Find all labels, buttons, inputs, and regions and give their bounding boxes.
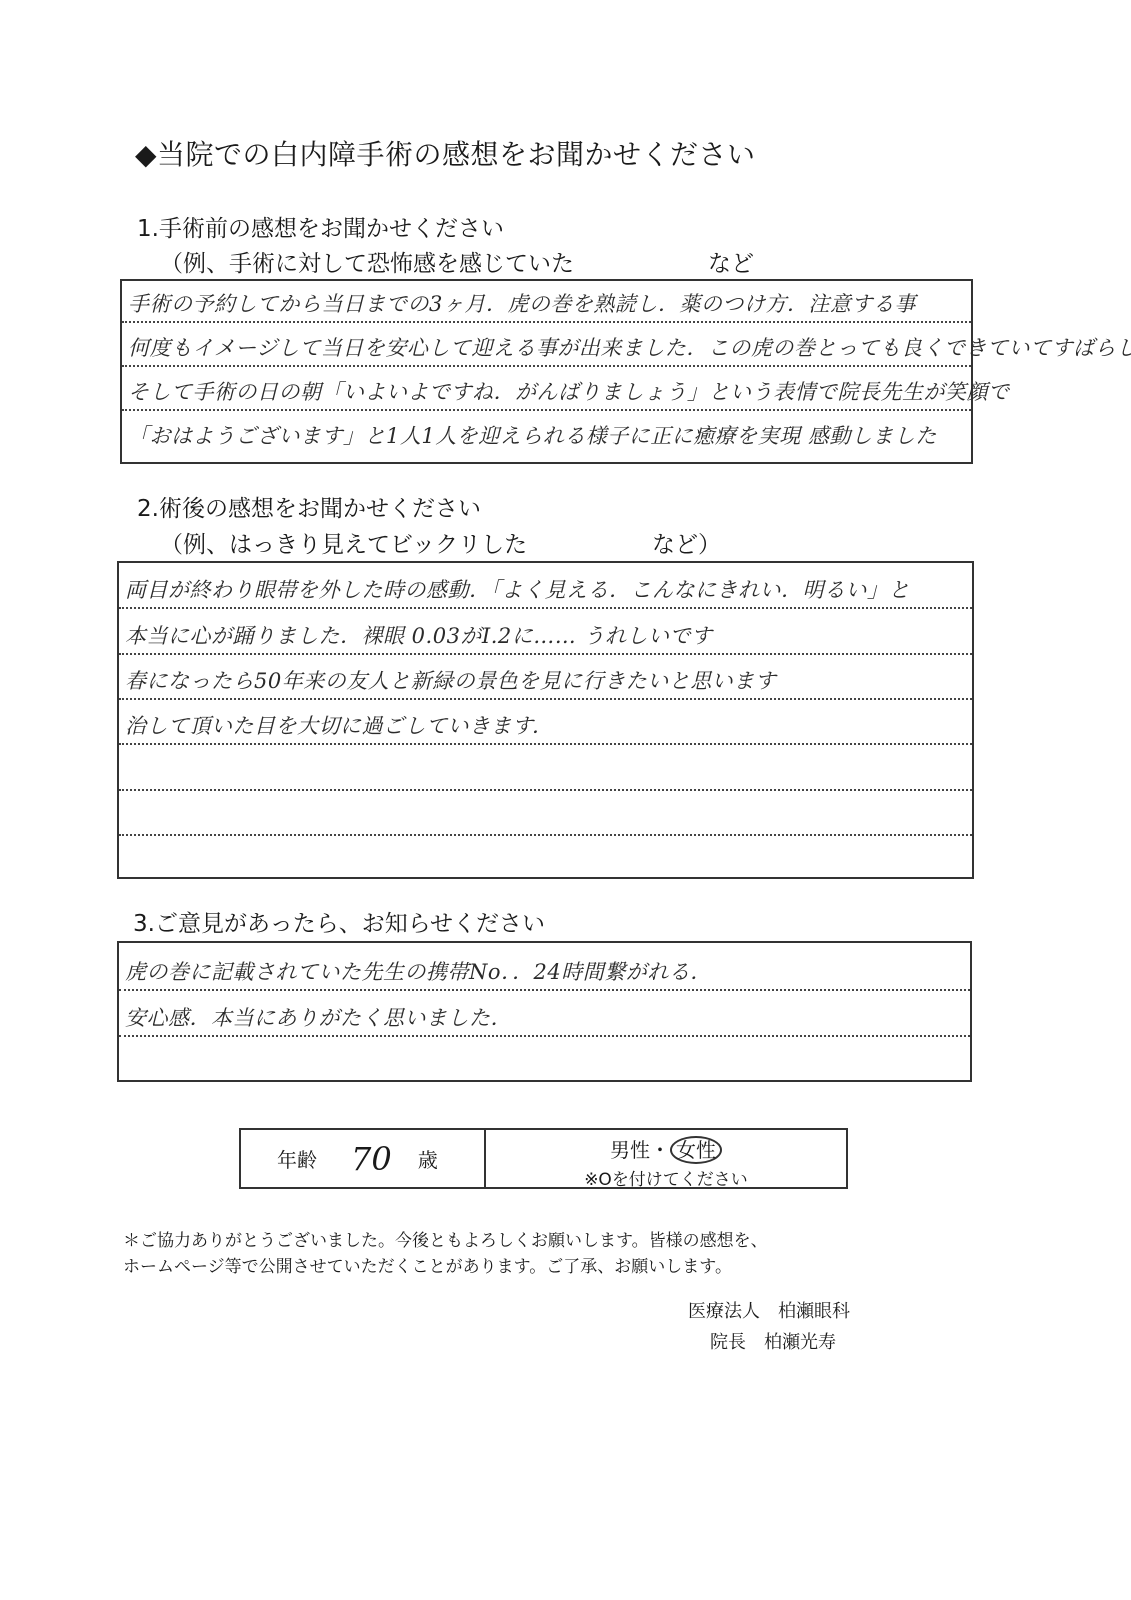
section-2-example-suffix: など） xyxy=(652,526,721,559)
section-1-heading: 1.手術前の感想をお聞かせください xyxy=(137,210,504,243)
section-2-example: （例、はっきり見えてビックリした xyxy=(160,526,527,559)
answer-line[interactable]: 手術の予約してから当日までの3ヶ月．虎の巻を熟読し．薬のつけ方．注意する事 xyxy=(122,287,971,323)
answer-line[interactable]: 春になったら50年来の友人と新緑の景色を見に行きたいと思います xyxy=(119,664,972,700)
section-1-answer-box[interactable]: 手術の予約してから当日までの3ヶ月．虎の巻を熟読し．薬のつけ方．注意する事 何度… xyxy=(120,279,973,464)
section-2-answer-box[interactable]: 両目が終わり眼帯を外した時の感動．「よく見える．こんなにきれい．明るい」と 本当… xyxy=(117,561,974,879)
sex-separator: ・ xyxy=(650,1138,670,1162)
sex-option-female-selected[interactable]: 女性 xyxy=(670,1136,722,1164)
section-3-answer-box[interactable]: 虎の巻に記載されていた先生の携帯No．．24時間繋がれる． 安心感．本当にありが… xyxy=(117,941,972,1082)
footer-line-2: ホームページ等で公開させていただくことがあります。ご了承、お願いします。 xyxy=(123,1254,768,1280)
age-value[interactable]: 70 xyxy=(351,1140,392,1178)
answer-line[interactable]: 何度もイメージして当日を安心して迎える事が出来ました．この虎の巻とっても良くでき… xyxy=(122,331,971,367)
answer-line[interactable]: 両目が終わり眼帯を外した時の感動．「よく見える．こんなにきれい．明るい」と xyxy=(119,573,972,609)
signature-org: 医療法人 柏瀬眼科 xyxy=(688,1297,850,1323)
answer-line[interactable]: そして手術の日の朝「いよいよですね．がんばりましょう」という表情で院長先生が笑顔… xyxy=(122,375,971,411)
age-cell: 年齢 70 歳 xyxy=(241,1130,486,1187)
footer-note: ＊ご協力ありがとうございました。今後ともよろしくお願いします。皆様の感想を、 ホ… xyxy=(123,1228,768,1280)
age-unit: 歳 xyxy=(418,1144,438,1173)
sex-cell: 男性・女性 ※Oを付けてください xyxy=(486,1130,846,1187)
section-1-example-suffix: など xyxy=(708,245,754,278)
answer-line[interactable] xyxy=(119,1047,970,1081)
answer-line[interactable]: 「おはようございます」と1人1人を迎えられる様子に正に癒療を実現 感動しました xyxy=(122,419,971,453)
answer-line[interactable]: 治して頂いた目を大切に過ごしていきます． xyxy=(119,709,972,745)
answer-line[interactable]: 安心感．本当にありがたく思いました． xyxy=(119,1001,970,1037)
answer-line[interactable] xyxy=(119,800,972,836)
section-1-example: （例、手術に対して恐怖感を感じていた xyxy=(160,245,574,278)
answer-line[interactable] xyxy=(119,755,972,791)
sex-note: ※Oを付けてください xyxy=(486,1165,846,1190)
sex-option-male[interactable]: 男性 xyxy=(610,1138,650,1162)
age-label: 年齢 xyxy=(277,1144,317,1173)
page-title: ◆当院での白内障手術の感想をお聞かせください xyxy=(135,133,756,173)
answer-line[interactable]: 虎の巻に記載されていた先生の携帯No．．24時間繋がれる． xyxy=(119,955,970,991)
section-2-heading: 2.術後の感想をお聞かせください xyxy=(137,490,481,523)
footer-line-1: ＊ご協力ありがとうございました。今後ともよろしくお願いします。皆様の感想を、 xyxy=(123,1228,768,1254)
section-3-heading: 3.ご意見があったら、お知らせください xyxy=(133,905,545,938)
age-sex-table: 年齢 70 歳 男性・女性 ※Oを付けてください xyxy=(239,1128,848,1189)
answer-line[interactable]: 本当に心が踊りました．裸眼 0.03がI.2に…… うれしいです xyxy=(119,619,972,655)
signature-director: 院長 柏瀬光寿 xyxy=(710,1328,836,1354)
